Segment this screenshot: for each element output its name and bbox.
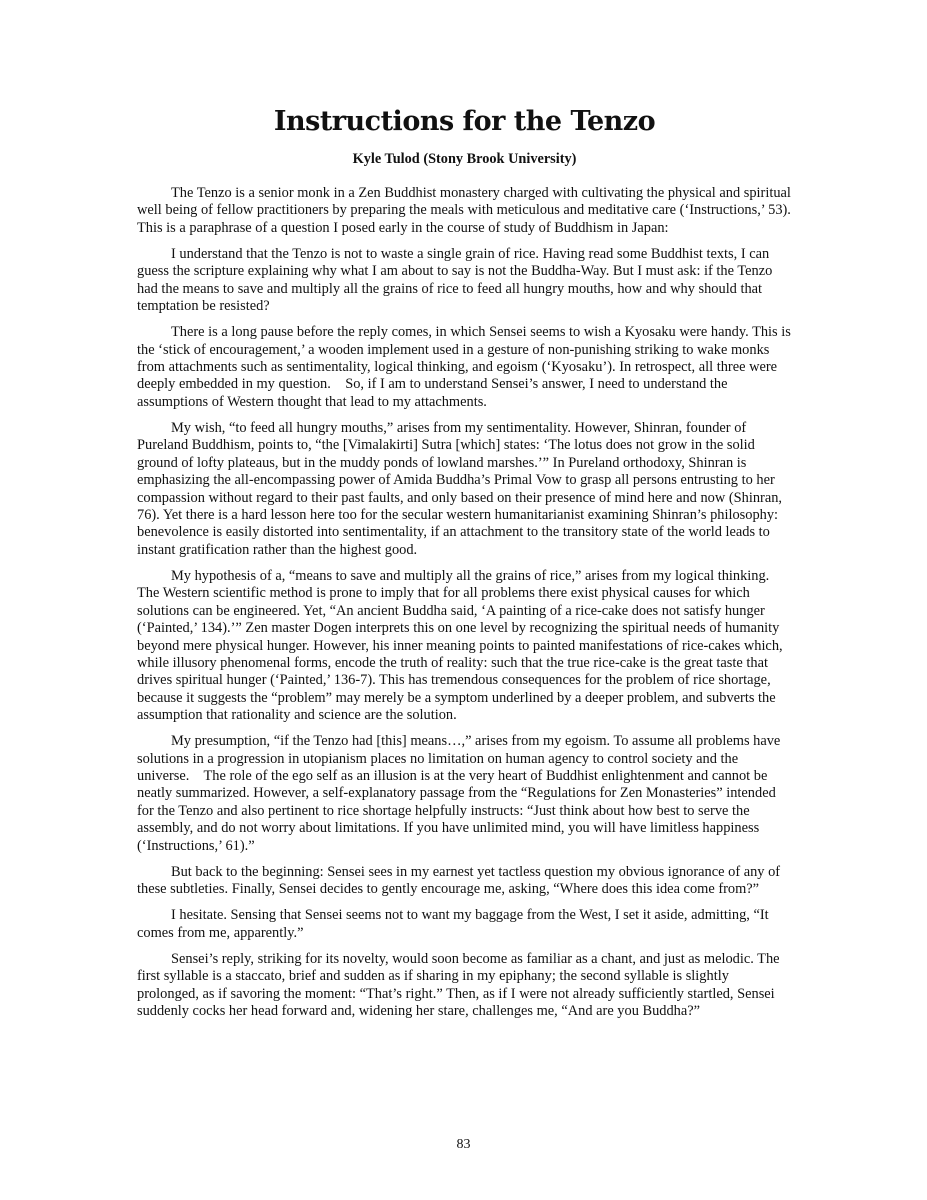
paragraph-kyosaku: There is a long pause before the reply c…	[137, 324, 792, 411]
paragraph-logical-thinking: My hypothesis of a, “means to save and m…	[137, 568, 792, 725]
page-number: 83	[0, 1137, 927, 1153]
paragraph-sentimentality: My wish, “to feed all hungry mouths,” ar…	[137, 420, 792, 559]
paragraph-egoism: My presumption, “if the Tenzo had [this]…	[137, 733, 792, 855]
paragraph-sensei-reply: Sensei’s reply, striking for its novelty…	[137, 951, 792, 1021]
article-author: Kyle Tulod (Stony Brook University)	[137, 151, 792, 168]
paragraph-question: I understand that the Tenzo is not to wa…	[137, 246, 792, 316]
paragraph-hesitate: I hesitate. Sensing that Sensei seems no…	[137, 907, 792, 942]
paragraph-back-to-beginning: But back to the beginning: Sensei sees i…	[137, 864, 792, 899]
paragraph-intro: The Tenzo is a senior monk in a Zen Budd…	[137, 185, 792, 237]
article-title: Instructions for the Tenzo	[137, 106, 792, 137]
article-body: The Tenzo is a senior monk in a Zen Budd…	[137, 185, 792, 1029]
